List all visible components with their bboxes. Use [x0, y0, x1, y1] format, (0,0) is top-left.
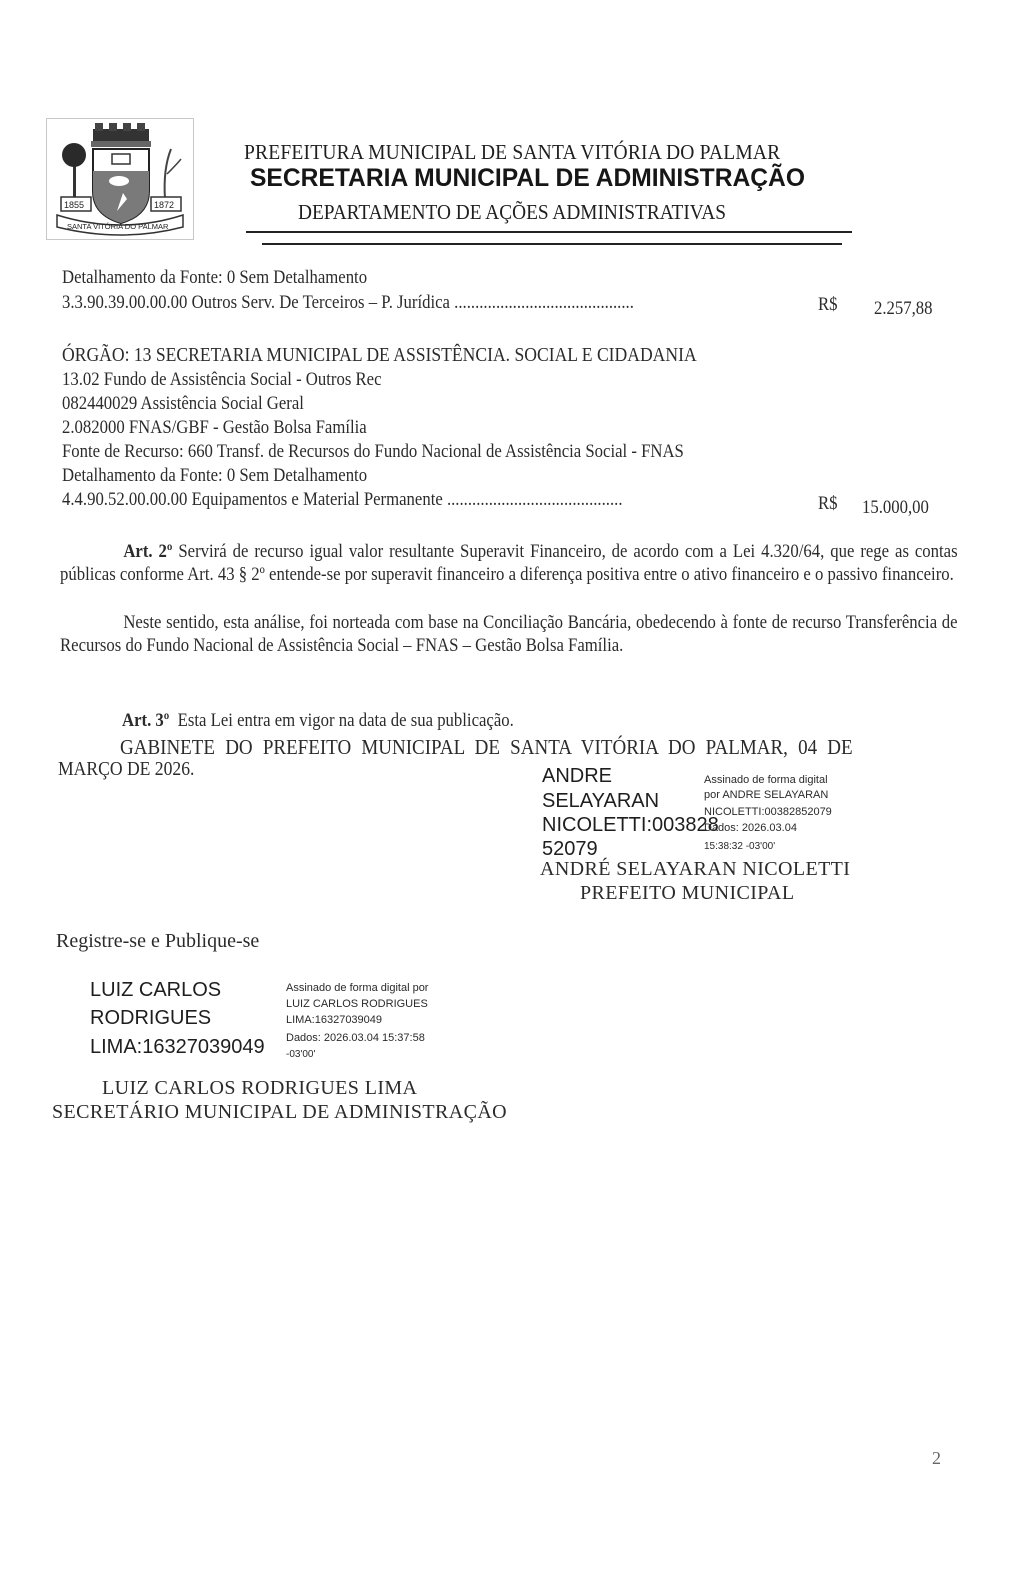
register-publish-line: Registre-se e Publique-se — [56, 930, 259, 953]
funcional-line: 082440029 Assistência Social Geral — [62, 393, 304, 415]
budget-item-1-currency: R$ — [818, 294, 838, 316]
mayor-name: ANDRÉ SELAYARAN NICOLETTI — [540, 858, 850, 881]
budget-item-1-amount: 2.257,88 — [874, 298, 933, 320]
svg-text:SANTA VITÓRIA DO PALMAR: SANTA VITÓRIA DO PALMAR — [67, 222, 169, 231]
secretary-sig-info-5: -03'00' — [286, 1047, 315, 1062]
mayor-sig-line-2: SELAYARAN — [542, 790, 659, 813]
budget-item-2-dots: ........................................… — [447, 489, 623, 510]
mayor-sig-line-1: ANDRE — [542, 765, 612, 788]
header-prefeitura: PREFEITURA MUNICIPAL DE SANTA VITÓRIA DO… — [244, 140, 780, 165]
art3-label: Art. 3º — [122, 710, 169, 731]
closing-line-2: MARÇO DE 2026. — [58, 758, 194, 781]
mayor-title: PREFEITO MUNICIPAL — [580, 882, 794, 905]
svg-text:1855: 1855 — [64, 200, 84, 210]
mayor-sig-info-3: NICOLETTI:00382852079 — [704, 805, 832, 820]
budget-item-2: 4.4.90.52.00.00.00 Equipamentos e Materi… — [62, 489, 623, 511]
art2-label: Art. 2º — [123, 541, 172, 562]
orgao-line: ÓRGÃO: 13 SECRETARIA MUNICIPAL DE ASSIST… — [62, 344, 697, 367]
budget-item-2-amount: 15.000,00 — [862, 497, 929, 519]
budget-item-1: 3.3.90.39.00.00.00 Outros Serv. De Terce… — [62, 292, 634, 314]
art2-paragraph-2: Neste sentido, esta análise, foi nortead… — [60, 611, 958, 657]
budget-item-2-currency: R$ — [818, 493, 838, 515]
budget-item-1-label: 3.3.90.39.00.00.00 Outros Serv. De Terce… — [62, 292, 450, 313]
secretary-title: SECRETÁRIO MUNICIPAL DE ADMINISTRAÇÃO — [52, 1101, 507, 1124]
art2-paragraph: Art. 2º Servirá de recurso igual valor r… — [60, 540, 958, 586]
mayor-sig-line-3: NICOLETTI:003828 — [542, 814, 719, 837]
page-number: 2 — [932, 1448, 941, 1469]
mayor-sig-info-4: Dados: 2026.03.04 — [704, 821, 797, 836]
mayor-sig-info-5: 15:38:32 -03'00' — [704, 839, 775, 854]
coat-of-arms-logo: 1855 1872 SANTA VITÓRIA DO PALMAR — [46, 118, 194, 240]
budget-item-1-dots: ........................................… — [454, 292, 634, 313]
header-rule-top — [246, 231, 852, 233]
header-secretaria: SECRETARIA MUNICIPAL DE ADMINISTRAÇÃO — [250, 164, 805, 193]
closing-line-1: GABINETE DO PREFEITO MUNICIPAL DE SANTA … — [120, 735, 853, 760]
fonte-recurso-line: Fonte de Recurso: 660 Transf. de Recurso… — [62, 441, 684, 463]
art2-text: Servirá de recurso igual valor resultant… — [60, 541, 958, 585]
svg-text:1872: 1872 — [154, 200, 174, 210]
header-departamento: DEPARTAMENTO DE AÇÕES ADMINISTRATIVAS — [298, 200, 726, 225]
mayor-sig-info-1: Assinado de forma digital — [704, 773, 828, 788]
secretary-sig-info-3: LIMA:16327039049 — [286, 1013, 382, 1028]
detalhamento-fonte-1: Detalhamento da Fonte: 0 Sem Detalhament… — [62, 267, 367, 289]
art3-text: Esta Lei entra em vigor na data de sua p… — [178, 710, 514, 731]
coat-of-arms-icon: 1855 1872 SANTA VITÓRIA DO PALMAR — [47, 119, 193, 239]
secretary-sig-line-2: RODRIGUES — [90, 1007, 211, 1030]
detalhamento-fonte-2: Detalhamento da Fonte: 0 Sem Detalhament… — [62, 465, 367, 487]
header-rule-bottom — [262, 243, 842, 245]
secretary-sig-line-1: LUIZ CARLOS — [90, 979, 221, 1002]
acao-line: 2.082000 FNAS/GBF - Gestão Bolsa Família — [62, 417, 367, 439]
secretary-sig-info-2: LUIZ CARLOS RODRIGUES — [286, 997, 428, 1012]
secretary-sig-info-1: Assinado de forma digital por — [286, 981, 428, 996]
unidade-line: 13.02 Fundo de Assistência Social - Outr… — [62, 369, 382, 391]
art3-line: Art. 3º Esta Lei entra em vigor na data … — [122, 710, 514, 732]
secretary-sig-line-3: LIMA:16327039049 — [90, 1036, 265, 1059]
secretary-sig-info-4: Dados: 2026.03.04 15:37:58 — [286, 1031, 425, 1046]
mayor-sig-info-2: por ANDRE SELAYARAN — [704, 788, 828, 803]
secretary-name: LUIZ CARLOS RODRIGUES LIMA — [102, 1077, 417, 1100]
budget-item-2-label: 4.4.90.52.00.00.00 Equipamentos e Materi… — [62, 489, 443, 510]
